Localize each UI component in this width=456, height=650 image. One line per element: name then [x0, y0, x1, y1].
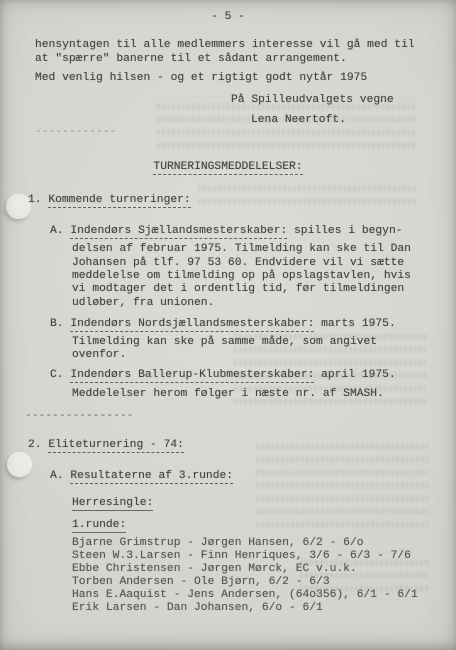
result-line: Bjarne Grimstrup - Jørgen Hansen, 6/2 - …: [72, 537, 364, 550]
results-title: Resultaterne af 3.runde:: [70, 470, 233, 484]
bleed-through-smudge: [254, 436, 428, 530]
item-a-body-line: meddelelse om tilmelding op på opslagsta…: [72, 270, 411, 283]
greeting-line: Med venlig hilsen - og et rigtigt godt n…: [35, 72, 367, 85]
item-c-title: Indendørs Ballerup-Klubmesterskaber:: [70, 369, 314, 383]
result-line: Torben Andersen - Ole Bjørn, 6/2 - 6/3: [72, 576, 330, 589]
round-heading: 1.runde:: [72, 519, 126, 532]
item-a-body-line: vi modtager det i ordentlig tid, før til…: [72, 283, 404, 296]
item-b-title: Indendørs Nordsjællandsmesterskaber:: [70, 318, 314, 332]
item-c-heading: C.Indendørs Ballerup-Klubmesterskaber:ap…: [50, 369, 396, 382]
page-number-text: - 5 -: [211, 11, 245, 23]
item-c-title-rest: april 1975.: [321, 369, 396, 381]
item-a-heading: A.Indendørs Sjællandsmesterskaber:spille…: [50, 225, 403, 238]
result-line: Erik Larsen - Dan Johansen, 6/o - 6/1: [72, 602, 323, 615]
result-line: Ebbe Christensen - Jørgen Mørck, EC v.u.…: [72, 563, 357, 576]
result-line: Hans E.Aaquist - Jens Andersen, (64o356)…: [72, 589, 418, 602]
signature-on-behalf: På Spilleudvalgets vegne: [231, 94, 394, 107]
section-2-title: Eliteturnering - 74:: [48, 439, 184, 453]
item-b-letter: B.: [50, 318, 64, 330]
main-heading: TURNERINGSMEDDELELSER:: [0, 161, 456, 174]
item-c-letter: C.: [50, 369, 64, 381]
item-b-body-line: ovenfor.: [72, 349, 126, 362]
punch-hole: [7, 452, 32, 477]
item-a-body-line: delsen af februar 1975. Tilmelding kan s…: [72, 243, 411, 256]
item-b-title-rest: marts 1975.: [321, 318, 396, 330]
item-a-title: Indendørs Sjællandsmesterskaber:: [70, 225, 287, 239]
section-2-number: 2.: [28, 439, 42, 451]
intro-line: hensyntagen til alle medlemmers interess…: [35, 39, 415, 52]
section-1-heading: 1.Kommende turneringer:: [28, 194, 191, 207]
result-line: Steen W.3.Larsen - Finn Henriques, 3/6 -…: [72, 550, 411, 563]
results-letter: A.: [50, 470, 64, 482]
dashed-separator: ----------------: [25, 410, 133, 423]
item-a-title-rest: spilles i begyn-: [294, 225, 402, 237]
section-1-title: Kommende turneringer:: [48, 194, 190, 208]
section-1-number: 1.: [28, 194, 42, 206]
item-b-body-line: Tilmelding kan ske på samme måde, som an…: [72, 336, 377, 349]
bleed-through-smudge: [196, 178, 418, 205]
item-c-body-line: Meddelelser herom følger i næste nr. af …: [72, 388, 384, 401]
category-heading-text: Herresingle:: [72, 497, 153, 511]
dashed-separator: ------------: [35, 126, 116, 139]
scanned-page: - 5 - hensyntagen til alle medlemmers in…: [0, 0, 456, 650]
item-a-letter: A.: [50, 225, 64, 237]
main-heading-text: TURNERINGSMEDDELELSER:: [153, 161, 302, 175]
section-2-heading: 2.Eliteturnering - 74:: [28, 439, 184, 452]
page-number: - 5 -: [0, 11, 456, 24]
signature-name: Lena Neertoft.: [251, 114, 346, 127]
item-a-body-line: Johansen på tlf. 97 53 60. Endvidere vil…: [72, 257, 404, 270]
category-heading: Herresingle:: [72, 497, 153, 510]
round-heading-text: 1.runde:: [72, 519, 126, 533]
results-subheading: A.Resultaterne af 3.runde:: [50, 470, 233, 483]
item-a-body-line: udløber, fra unionen.: [72, 297, 214, 310]
intro-line: at "spærre" banerne til et sådant arrang…: [35, 53, 347, 66]
item-b-heading: B.Indendørs Nordsjællandsmesterskaber:ma…: [50, 318, 396, 331]
